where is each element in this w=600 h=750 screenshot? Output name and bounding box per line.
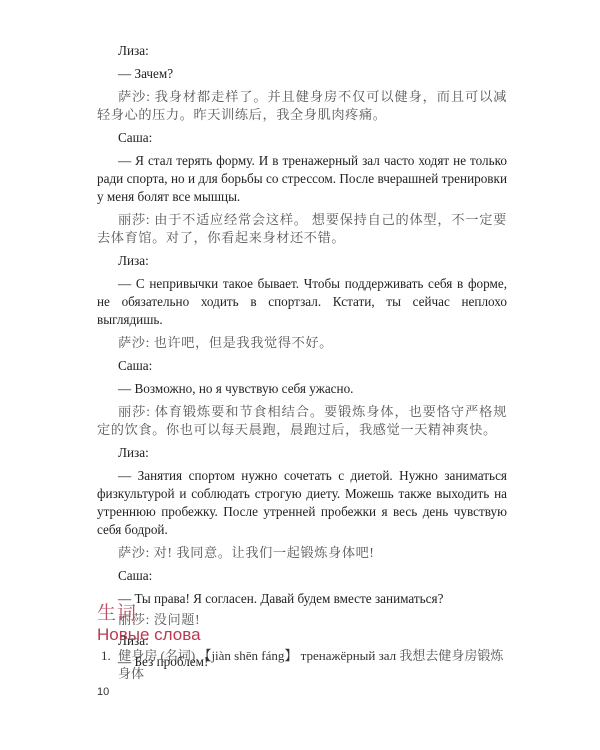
speaker-label: Лиза:: [97, 444, 507, 462]
dialogue-line: — Возможно, но я чувствую себя ужасно.: [97, 380, 507, 398]
dialogue-line-chinese: 萨沙: 也许吧，但是我我觉得不好。: [97, 334, 507, 352]
dialogue-line-chinese: 萨沙: 对! 我同意。让我们一起锻炼身体吧!: [97, 544, 507, 562]
vocab-word: 健身房: [118, 648, 157, 663]
speaker-label: Лиза:: [97, 42, 507, 60]
speaker-label: Саша:: [97, 129, 507, 147]
section-heading-chinese: 生词: [97, 598, 137, 625]
page-number: 10: [97, 686, 109, 698]
vocab-number: 1.: [101, 647, 115, 665]
speaker-label: Саша:: [97, 357, 507, 375]
dialogue-line: — Я стал терять форму. И в тренажерный з…: [97, 152, 507, 206]
vocab-example-continuation: 身体: [101, 665, 511, 683]
vocab-list: 1. 健身房 (名词) 【jiàn shēn fáng】 тренажёрный…: [101, 647, 511, 683]
vocab-pinyin: 【jiàn shēn fáng】: [198, 648, 297, 663]
vocab-part-of-speech: (名词): [161, 648, 196, 663]
vocab-translation: тренажёрный зал: [301, 648, 397, 663]
dialogue-line-chinese: 丽莎: 由于不适应经常会这样。 想要保持自己的体型，不一定要去体育馆。对了，你看…: [97, 211, 507, 247]
dialogue-line: — С непривычки такое бывает. Чтобы подде…: [97, 275, 507, 329]
speaker-label: Саша:: [97, 567, 507, 585]
vocab-item: 1. 健身房 (名词) 【jiàn shēn fáng】 тренажёрный…: [101, 647, 511, 683]
dialogue-line: — Занятия спортом нужно сочетать с дието…: [97, 467, 507, 539]
section-heading-russian: Новые слова: [97, 625, 201, 645]
dialogue-line-chinese: 丽莎: 体育锻炼要和节食相结合。要锻炼身体，也要恪守严格规定的饮食。你也可以每天…: [97, 403, 507, 439]
speaker-label: Лиза:: [97, 252, 507, 270]
dialogue-line-chinese: 萨沙: 我身材都走样了。并且健身房不仅可以健身，而且可以减轻身心的压力。昨天训练…: [97, 88, 507, 124]
vocab-example: 我想去健身房锻炼: [399, 648, 503, 663]
dialogue-line: — Зачем?: [97, 65, 507, 83]
dialogue-line: — Ты права! Я согласен. Давай будем вмес…: [97, 590, 507, 608]
dialogue-body: Лиза: — Зачем? 萨沙: 我身材都走样了。并且健身房不仅可以健身，而…: [97, 42, 507, 674]
